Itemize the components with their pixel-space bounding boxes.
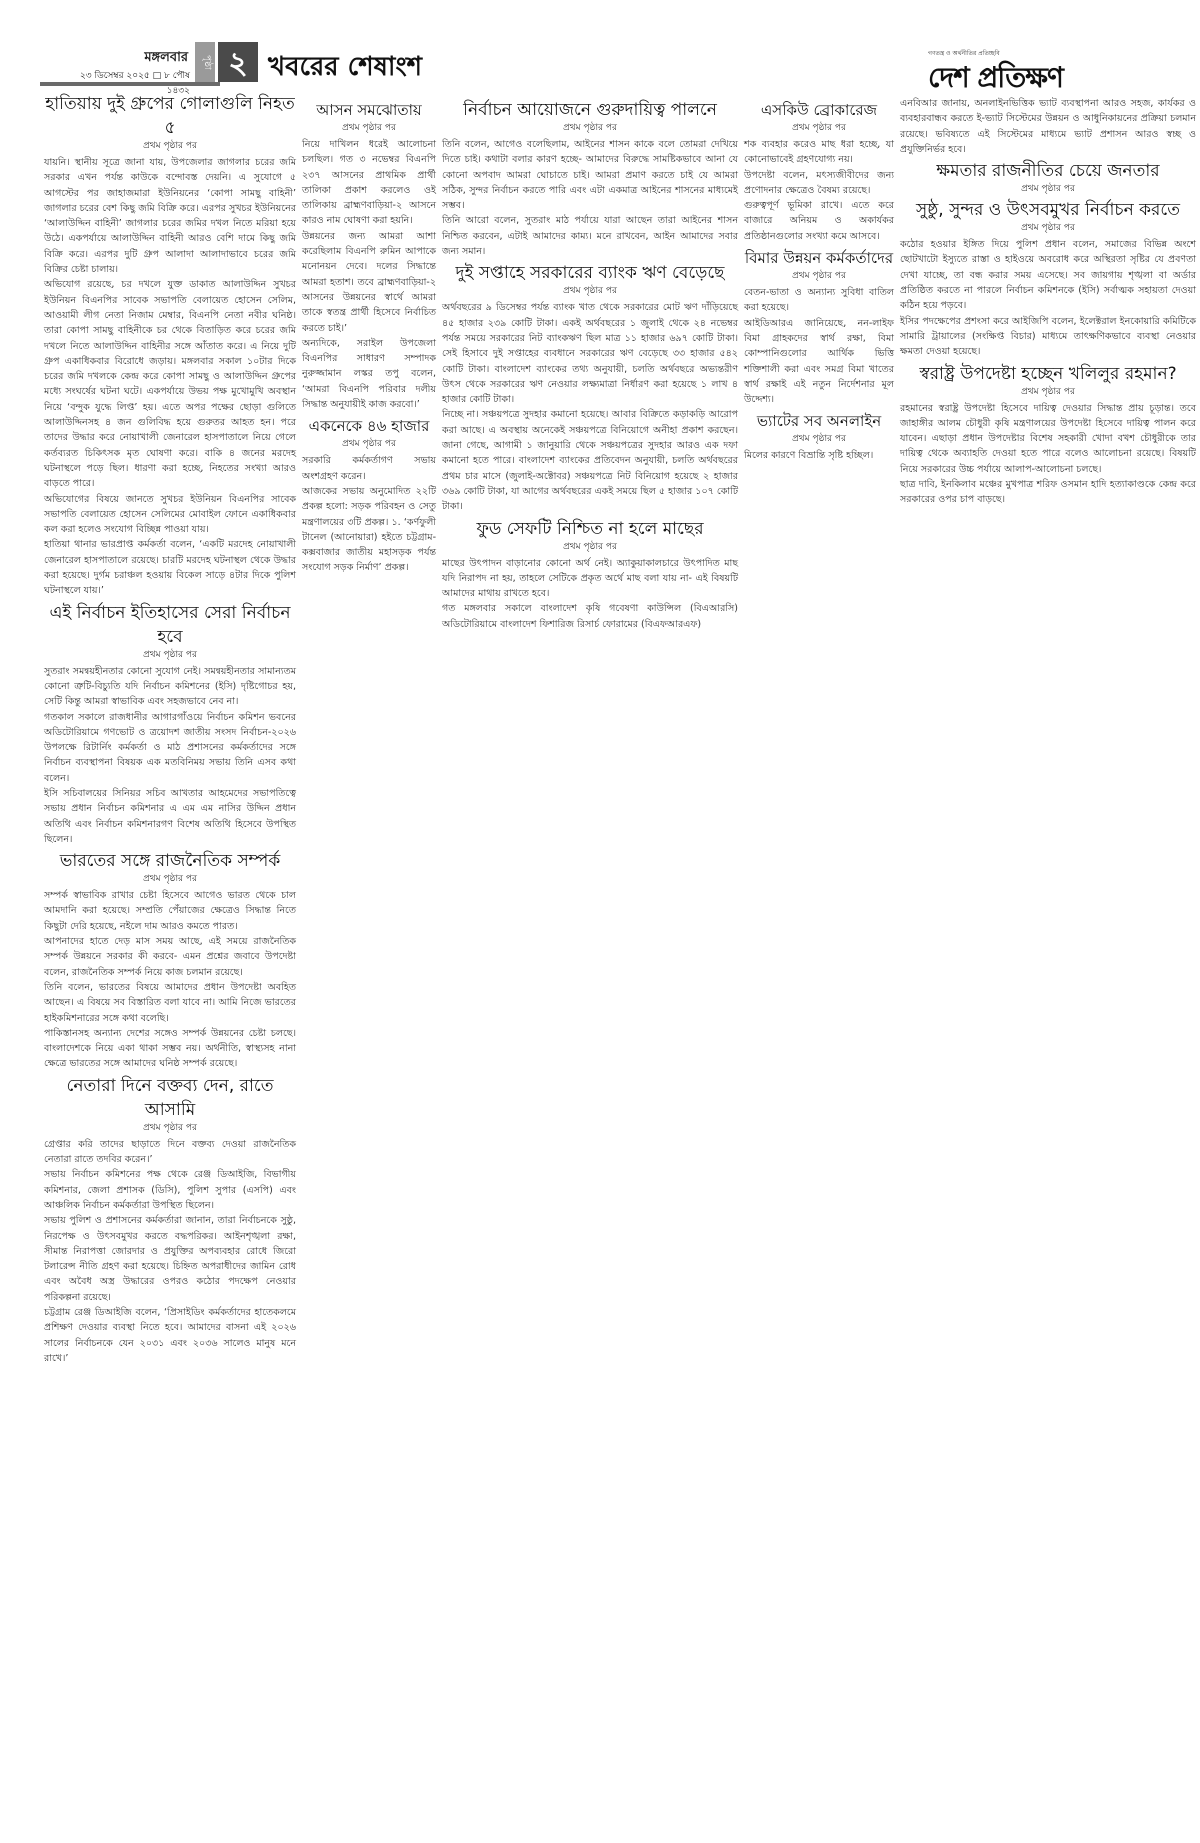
headline: সুষ্ঠু, সুন্দর ও উৎসবমুখর নির্বাচন করতে: [900, 198, 1196, 222]
paragraph: এনবিআর জানায়, অনলাইনভিত্তিক ভ্যাট ব্যবস…: [900, 96, 1196, 157]
article-home-adviser: স্বরাষ্ট্র উপদেষ্টা হচ্ছেন খলিলুর রহমান?…: [900, 362, 1196, 508]
column-2: আসন সমঝোতায় প্রথম পৃষ্ঠার পর নিয়ে দাখি…: [302, 96, 436, 1836]
page-label: পৃষ্ঠা: [195, 42, 215, 82]
paragraph: গ্রেপ্তার করি তাদের ছাড়াতে দিনে বক্তব্য…: [44, 1137, 296, 1168]
article-india-relations: ভারতের সঙ্গে রাজনৈতিক সম্পর্ক প্রথম পৃষ্…: [44, 849, 296, 1072]
paragraph: আজকের সভায় অনুমোদিত ২২টি প্রকল্প হলো: স…: [302, 484, 436, 576]
continued-label: প্রথম পৃষ্ঠার পর: [744, 270, 894, 283]
article-fair-election: সুষ্ঠু, সুন্দর ও উৎসবমুখর নির্বাচন করতে …: [900, 198, 1196, 359]
headline: ক্ষমতার রাজনীতির চেয়ে জনতার: [900, 159, 1196, 183]
headline: ফুড সেফটি নিশ্চিত না হলে মাছের: [442, 517, 738, 541]
article-food-safety: ফুড সেফটি নিশ্চিত না হলে মাছের প্রথম পৃষ…: [442, 517, 738, 632]
article-best-election: এই নির্বাচন ইতিহাসের সেরা নির্বাচন হবে প…: [44, 601, 296, 848]
section-title: খবরের শেষাংশ: [268, 46, 422, 90]
continued-label: প্রথম পৃষ্ঠার পর: [744, 433, 894, 446]
page-number: ২: [218, 42, 258, 82]
paragraph: সুতরাং সমন্বয়হীনতার কোনো সুযোগ নেই। সমন…: [44, 664, 296, 710]
paragraph: রহমানের স্বরাষ্ট্র উপদেষ্টা হিসেবে দায়ি…: [900, 401, 1196, 477]
paragraph: গুরুত্বপূর্ণ ভূমিকা রাখে। এতে করে বাজারে…: [744, 198, 894, 244]
continued-label: প্রথম পৃষ্ঠার পর: [44, 873, 296, 886]
article-bank-loan: দুই সপ্তাহে সরকারের ব্যাংক ঋণ বেড়েছে প্…: [442, 261, 738, 514]
continued-label: প্রথম পৃষ্ঠার পর: [442, 122, 738, 135]
paragraph: সরকারি কর্মকর্তাগণ সভায় অংশগ্রহণ করেন।: [302, 453, 436, 484]
paragraph: গতকাল সকালে রাজধানীর আগারগাঁওয়ে নির্বাচ…: [44, 710, 296, 786]
headline: ভ্যাটের সব অনলাইন: [744, 409, 894, 433]
headline: স্বরাষ্ট্র উপদেষ্টা হচ্ছেন খলিলুর রহমান?: [900, 362, 1196, 386]
article-seat-sharing: আসন সমঝোতায় প্রথম পৃষ্ঠার পর নিয়ে দাখি…: [302, 98, 436, 412]
headline: নির্বাচন আয়োজনে গুরুদায়িত্ব পালনে: [442, 98, 738, 122]
article-power-politics: এনবিআর জানায়, অনলাইনভিত্তিক ভ্যাট ব্যবস…: [900, 96, 1196, 196]
masthead: মঙ্গলবার ২৩ ডিসেম্বর ২০২৫ □ ৮ পৌষ ১৪৩২ প…: [0, 0, 1200, 80]
article-sq-brokerage: এসকিউ ব্রোকারেজ প্রথম পৃষ্ঠার পর শক ব্যব…: [744, 98, 894, 244]
article-election-duty: নির্বাচন আয়োজনে গুরুদায়িত্ব পালনে প্রথ…: [442, 98, 738, 259]
paragraph: পাকিস্তানসহ অন্যান্য দেশের সঙ্গেও সম্পর্…: [44, 1026, 296, 1072]
paragraph: ইসি সচিবালয়ের সিনিয়র সচিব আখতার আহমেদে…: [44, 786, 296, 847]
continued-label: প্রথম পৃষ্ঠার পর: [44, 140, 296, 153]
paragraph: মিলের কারণে বিভ্রান্তি সৃষ্টি হচ্ছিল।: [744, 448, 894, 463]
continued-label: প্রথম পৃষ্ঠার পর: [900, 386, 1196, 399]
article-vat-online: ভ্যাটের সব অনলাইন প্রথম পৃষ্ঠার পর মিলের…: [744, 409, 894, 463]
paragraph: তিনি আরো বলেন, সুতরাং মাঠ পর্যায়ে যারা …: [442, 213, 738, 259]
paragraph: হাতিয়া থানার ভারপ্রাপ্ত কর্মকর্তা বলেন,…: [44, 537, 296, 598]
paragraph: সম্পর্ক স্বাভাবিক রাখার চেষ্টা হিসেবে আগ…: [44, 888, 296, 934]
paragraph: বেতন-ভাতা ও অন্যান্য সুবিধা বাতিল করা হয…: [744, 285, 894, 316]
paragraph: গত মঙ্গলবার সকালে বাংলাদেশ কৃষি গবেষণা ক…: [442, 601, 738, 632]
paragraph: নিচ্ছে না। সঞ্চয়পত্রে সুদহার কমানো হয়ে…: [442, 407, 738, 514]
paragraph: ছাত্র দাবি, ইনকিলাব মঞ্চের মুখপাত্র শরিফ…: [900, 477, 1196, 508]
continued-label: প্রথম পৃষ্ঠার পর: [900, 222, 1196, 235]
continued-label: প্রথম পৃষ্ঠার পর: [302, 122, 436, 135]
column-1: হাতিয়ায় দুই গ্রুপের গোলাগুলি নিহত ৫ প্…: [44, 90, 296, 1840]
paragraph: আপনাদের হাতে দেড় মাস সময় আছে, এই সময়ে…: [44, 934, 296, 980]
header-rule: [40, 82, 220, 86]
headline: ভারতের সঙ্গে রাজনৈতিক সম্পর্ক: [44, 849, 296, 873]
paragraph: নিয়ে দাখিলন ধরেই আলোচনা চলছিল। গত ৩ নভে…: [302, 137, 436, 229]
paragraph: সভায় নির্বাচন কমিশনের পক্ষ থেকে রেঞ্জ ড…: [44, 1167, 296, 1213]
headline: একনেকে ৪৬ হাজার: [302, 414, 436, 438]
paragraph: মাছের উৎপাদন বাড়ানোর কোনো অর্থ নেই। অ্য…: [442, 556, 738, 602]
column-4: এসকিউ ব্রোকারেজ প্রথম পৃষ্ঠার পর শক ব্যব…: [744, 96, 894, 1836]
continued-label: প্রথম পৃষ্ঠার পর: [900, 183, 1196, 196]
continued-label: প্রথম পৃষ্ঠার পর: [44, 649, 296, 662]
weekday: মঙ্গলবার: [140, 48, 188, 69]
article-ecnec: একনেকে ৪৬ হাজার প্রথম পৃষ্ঠার পর সরকারি …: [302, 414, 436, 575]
paragraph: আইডিআরএ জানিয়েছে, নন-লাইফ বিমা গ্রাহকদে…: [744, 316, 894, 408]
article-insurance-officers: বিমার উন্নয়ন কর্মকর্তাদের প্রথম পৃষ্ঠার…: [744, 246, 894, 407]
paragraph: কঠোর হওয়ার ইঙ্গিত দিয়ে পুলিশ প্রধান বল…: [900, 237, 1196, 313]
column-3: নির্বাচন আয়োজনে গুরুদায়িত্ব পালনে প্রথ…: [442, 96, 738, 1836]
continued-label: প্রথম পৃষ্ঠার পর: [744, 122, 894, 135]
continued-label: প্রথম পৃষ্ঠার পর: [44, 1122, 296, 1135]
paragraph: সভায় পুলিশ ও প্রশাসনের কর্মকর্তারা জানা…: [44, 1213, 296, 1305]
paragraph: অর্থবছরের ৯ ডিসেম্বর পর্যন্ত ব্যাংক খাত …: [442, 300, 738, 407]
paragraph: তিনি বলেন, আগেও বলেছিলাম, আইনের শাসন কাক…: [442, 137, 738, 213]
paragraph: যায়নি। স্থানীয় সূত্রে জানা যায়, উপজেল…: [44, 155, 296, 277]
paragraph: তিনি বলেন, ভারতের বিষয়ে আমাদের প্রধান উ…: [44, 980, 296, 1026]
continued-label: প্রথম পৃষ্ঠার পর: [442, 541, 738, 554]
headline: হাতিয়ায় দুই গ্রুপের গোলাগুলি নিহত ৫: [44, 92, 296, 140]
paragraph: উপদেষ্টা বলেন, মৎস্যজীবীদের জন্য প্রণোদন…: [744, 168, 894, 199]
paragraph: অভিযোগ রয়েছে, চর দখলে যুক্ত ডাকাত আলাউদ…: [44, 277, 296, 491]
headline: নেতারা দিনে বক্তব্য দেন, রাতে আসামি: [44, 1074, 296, 1122]
paragraph: ইসির পদক্ষেপের প্রশংসা করে আইজিপি বলেন, …: [900, 314, 1196, 360]
headline: বিমার উন্নয়ন কর্মকর্তাদের: [744, 246, 894, 270]
column-5: এনবিআর জানায়, অনলাইনভিত্তিক ভ্যাট ব্যবস…: [900, 96, 1196, 1836]
headline: এসকিউ ব্রোকারেজ: [744, 98, 894, 122]
paragraph: শক ব্যবহার করেও মাছ ধরা হচ্ছে, যা কোনোভা…: [744, 137, 894, 168]
paragraph: অন্যদিকে, সরাইল উপজেলা বিএনপির সাধারণ সম…: [302, 336, 436, 412]
continued-label: প্রথম পৃষ্ঠার পর: [302, 438, 436, 451]
article-hatiya: হাতিয়ায় দুই গ্রুপের গোলাগুলি নিহত ৫ প্…: [44, 92, 296, 599]
article-leaders-day-night: নেতারা দিনে বক্তব্য দেন, রাতে আসামি প্রথ…: [44, 1074, 296, 1366]
paragraph: চট্টগ্রাম রেঞ্জ ডিআইজি বলেন, ‘প্রিসাইডিং…: [44, 1305, 296, 1366]
continued-label: প্রথম পৃষ্ঠার পর: [442, 285, 738, 298]
headline: এই নির্বাচন ইতিহাসের সেরা নির্বাচন হবে: [44, 601, 296, 649]
paragraph: উন্নয়নের জন্য আমরা আশা করেছিলাম বিএনপি …: [302, 229, 436, 336]
headline: দুই সপ্তাহে সরকারের ব্যাংক ঋণ বেড়েছে: [442, 261, 738, 285]
headline: আসন সমঝোতায়: [302, 98, 436, 122]
paragraph: অভিযোগের বিষয়ে জানতে সুখচর ইউনিয়ন বিএন…: [44, 492, 296, 538]
